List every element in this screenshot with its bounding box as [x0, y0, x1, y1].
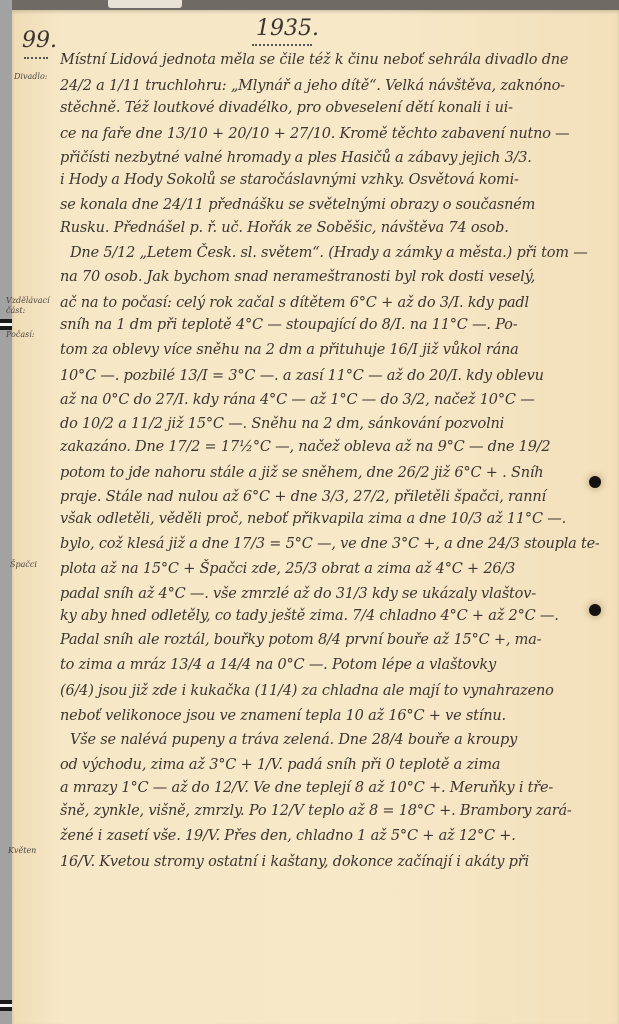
- text-line: ce na faře dne 13/10 + 20/10 + 27/10. Kr…: [60, 124, 599, 144]
- text-line: 10°C —. pozbilé 13/I = 3°C —. a zasí 11°…: [60, 366, 599, 386]
- text-line: šně, zynkle, višně, zmrzly. Po 12/V tepl…: [60, 801, 599, 821]
- text-line: až na 0°C do 27/I. kdy rána 4°C — až 1°C…: [60, 390, 599, 410]
- scanner-left-edge: [0, 0, 12, 1024]
- text-line: zakazáno. Dne 17/2 = 17½°C —, načež oble…: [60, 437, 599, 457]
- text-line: praje. Stále nad nulou až 6°C + dne 3/3,…: [60, 487, 599, 507]
- text-line: Padal sníh ale roztál, bouřky potom 8/4 …: [60, 630, 599, 650]
- margin-note-spacci: Špačci: [10, 560, 50, 570]
- text-line: Místní Lidová jednota měla se čile též k…: [60, 50, 599, 70]
- text-line: neboť velikonoce jsou ve znamení tepla 1…: [60, 706, 599, 726]
- text-line: to zima a mráz 13/4 a 14/4 na 0°C —. Pot…: [60, 655, 599, 675]
- text-line: potom to jde nahoru stále a již se sněhe…: [60, 463, 599, 483]
- text-line: přičísti nezbytné valné hromady a ples H…: [60, 148, 599, 168]
- text-line: od východu, zima až 3°C + 1/V. padá sníh…: [60, 755, 599, 775]
- text-line: 24/2 a 1/11 truchlohru: „Mlynář a jeho d…: [60, 76, 599, 96]
- margin-note-kveten: Květen: [8, 846, 48, 856]
- text-line: sníh na 1 dm při teplotě 4°C — stoupajíc…: [60, 315, 599, 335]
- margin-note-vzdelavaci-cast: Vzdělávací část:: [6, 296, 46, 316]
- year-underline: [252, 44, 312, 46]
- text-line: tom za oblevy více sněhu na 2 dm a přitu…: [60, 340, 599, 360]
- page-number: 99.: [22, 28, 57, 53]
- text-line: i Hody a Hody Sokolů se staročáslavnými …: [60, 170, 599, 190]
- text-line: (6/4) jsou již zde i kukačka (11/4) za c…: [60, 681, 599, 701]
- punch-hole: [589, 604, 601, 616]
- margin-note-divadlo: Divadlo:: [14, 72, 54, 82]
- text-line: Dne 5/12 „Letem Česk. sl. světem“. (Hrad…: [70, 243, 599, 263]
- text-line: Vše se nalévá pupeny a tráva zelená. Dne…: [70, 730, 599, 750]
- text-line: však odletěli, věděli proč, neboť přikva…: [60, 509, 599, 529]
- text-line: žené i zasetí vše. 19/V. Přes den, chlad…: [60, 826, 599, 846]
- text-line: 16/V. Kvetou stromy ostatní i kaštany, d…: [60, 852, 599, 872]
- text-line: ky aby hned odletěly, co tady ještě zima…: [60, 606, 599, 626]
- margin-note-pocasi: Počasí:: [6, 330, 46, 340]
- page-number-underline: [24, 57, 48, 59]
- text-line: a mrazy 1°C — až do 12/V. Ve dne teplejí…: [60, 778, 599, 798]
- text-line: na 70 osob. Jak bychom snad nerameštrano…: [60, 267, 599, 287]
- text-line: plota až na 15°C + Špačci zde, 25/3 obra…: [60, 559, 599, 579]
- text-line: Rusku. Přednášel p. ř. uč. Hořák ze Sobě…: [60, 218, 599, 238]
- manuscript-page: 99. 1935. Divadlo: Vzdělávací část: Poča…: [12, 10, 619, 1024]
- text-line: stěchně. Též loutkové divadélko, pro obv…: [60, 98, 599, 118]
- year-heading: 1935.: [256, 16, 319, 41]
- text-line: bylo, což klesá již a dne 17/3 = 5°C —, …: [60, 534, 599, 554]
- text-line: do 10/2 a 11/2 již 15°C —. Sněhu na 2 dm…: [60, 414, 599, 434]
- text-line: ač na to počasí: celý rok začal s dítěte…: [60, 293, 599, 313]
- text-line: padal sníh až 4°C —. vše zmrzlé až do 31…: [60, 584, 599, 604]
- punch-hole: [589, 476, 601, 488]
- text-line: se konala dne 24/11 přednášku se světeln…: [60, 195, 599, 215]
- binding-tab: [108, 0, 182, 8]
